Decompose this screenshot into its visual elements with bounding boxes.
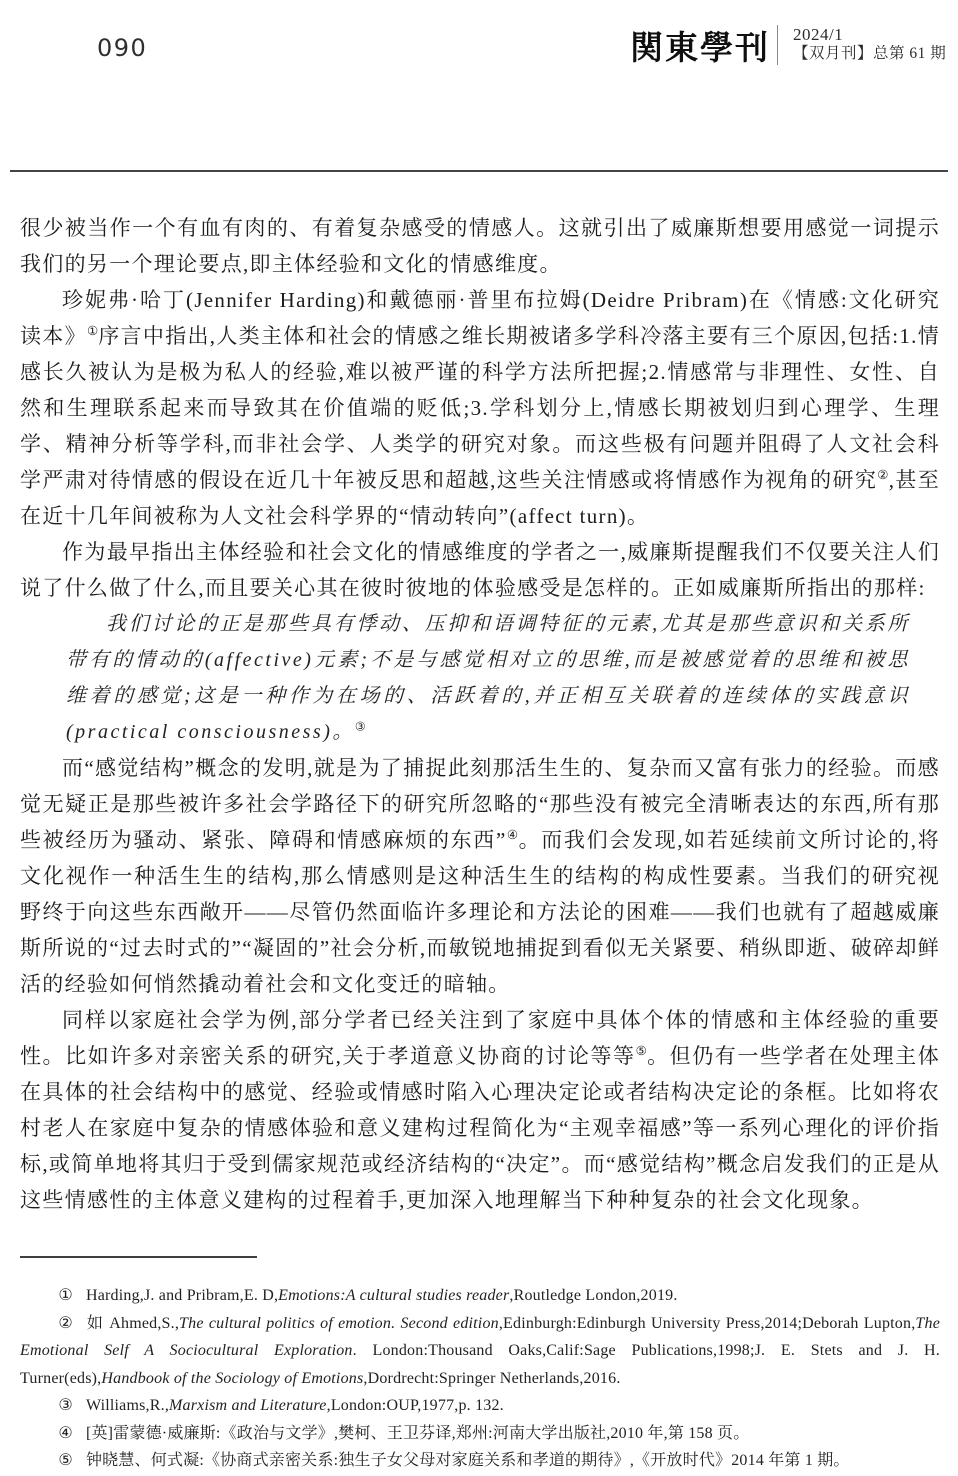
header-rule [10, 170, 948, 172]
footnote-marker: ③ [58, 1397, 73, 1414]
text-run: 钟晓慧、何式凝:《协商式亲密关系:独生子女父母对家庭关系和孝道的期待》,《开放时… [86, 1452, 850, 1469]
italic-title: The cultural politics of emotion. Second… [179, 1315, 499, 1332]
footnote-marker: ④ [58, 1425, 73, 1442]
footnote: ④[英]雷蒙德·威廉斯:《政治与文学》,樊柯、王卫芬译,郑州:河南大学出版社,2… [20, 1420, 940, 1448]
masthead-divider [777, 25, 778, 65]
body-paragraph: 同样以家庭社会学为例,部分学者已经关注到了家庭中具体个体的情感和主体经验的重要性… [20, 1002, 940, 1218]
footnote-marker: ⑤ [58, 1452, 73, 1469]
issue-info: 2024/1 【双月刊】总第 61 期 [793, 25, 946, 63]
text-run: ,Dordrecht:Springer Netherlands,2016. [363, 1370, 620, 1387]
text-run: 作为最早指出主体经验和社会文化的情感维度的学者之一,威廉斯提醒我们不仅要关注人们… [20, 540, 940, 600]
footnote-marker: ① [58, 1287, 73, 1304]
article-body: 很少被当作一个有血有肉的、有着复杂感受的情感人。这就引出了威廉斯想要用感觉一词提… [20, 210, 940, 1218]
volume-info: 【双月刊】总第 61 期 [793, 44, 946, 63]
footnote-ref: ③ [355, 719, 366, 733]
footnote-ref: ④ [507, 828, 519, 842]
footnote: ③Williams,R.,Marxism and Literature,Lond… [20, 1392, 940, 1420]
text-run: 。而我们会发现,如若延续前文所讨论的,将文化视作一种活生生的结构,那么情感则是这… [20, 828, 940, 996]
text-run: [英]雷蒙德·威廉斯:《政治与文学》,樊柯、王卫芬译,郑州:河南大学出版社,20… [86, 1425, 749, 1442]
footnote-ref: ② [877, 468, 888, 482]
text-run: ,Routledge London,2019. [509, 1287, 677, 1304]
body-paragraph: 而“感觉结构”概念的发明,就是为了捕捉此刻那活生生的、复杂而又富有张力的经验。而… [20, 750, 940, 1002]
italic-title: Handbook of the Sociology of Emotions [101, 1370, 363, 1387]
footnotes-section: ①Harding,J. and Pribram,E. D,Emotions:A … [20, 1256, 940, 1475]
issue-number: 2024/1 [793, 25, 946, 44]
journal-title: 関東學刊 [630, 22, 770, 69]
footnote-separator [20, 1256, 257, 1258]
footnote-ref: ⑤ [636, 1044, 648, 1058]
body-paragraph: 珍妮弗·哈丁(Jennifer Harding)和戴德丽·普里布拉姆(Deidr… [20, 282, 940, 534]
footnote-ref: ① [87, 324, 98, 338]
block-quote: 我们讨论的正是那些具有悸动、压抑和语调特征的元素,尤其是那些意识和关系所带有的情… [66, 606, 910, 750]
text-run: ,London:OUP,1977,p. 132. [327, 1397, 504, 1414]
text-run: 很少被当作一个有血有肉的、有着复杂感受的情感人。这就引出了威廉斯想要用感觉一词提… [20, 216, 940, 276]
footnote: ②如 Ahmed,S.,The cultural politics of emo… [20, 1310, 940, 1393]
text-run: 如 Ahmed,S., [87, 1315, 179, 1332]
footnote-marker: ② [58, 1315, 74, 1332]
body-paragraph: 作为最早指出主体经验和社会文化的情感维度的学者之一,威廉斯提醒我们不仅要关注人们… [20, 534, 940, 606]
page-number: 090 [97, 34, 147, 62]
text-run: ,Edinburgh:Edinburgh University Press,20… [499, 1315, 916, 1332]
italic-title: Marxism and Literature [169, 1397, 327, 1414]
text-run: Williams,R., [86, 1397, 169, 1414]
text-run: 。但仍有一些学者在处理主体在具体的社会结构中的感觉、经验或情感时陷入心理决定论或… [20, 1044, 940, 1212]
footnote: ⑤钟晓慧、何式凝:《协商式亲密关系:独生子女父母对家庭关系和孝道的期待》,《开放… [20, 1447, 940, 1475]
text-run: 序言中指出,人类主体和社会的情感之维长期被诸多学科冷落主要有三个原因,包括:1.… [20, 324, 940, 492]
italic-title: Emotions:A cultural studies reader [278, 1287, 509, 1304]
body-paragraph: 很少被当作一个有血有肉的、有着复杂感受的情感人。这就引出了威廉斯想要用感觉一词提… [20, 210, 940, 282]
text-run: Harding,J. and Pribram,E. D, [86, 1287, 278, 1304]
text-run: 我们讨论的正是那些具有悸动、压抑和语调特征的元素,尤其是那些意识和关系所带有的情… [66, 613, 910, 743]
footnotes-list: ①Harding,J. and Pribram,E. D,Emotions:A … [20, 1282, 940, 1475]
footnote: ①Harding,J. and Pribram,E. D,Emotions:A … [20, 1282, 940, 1310]
